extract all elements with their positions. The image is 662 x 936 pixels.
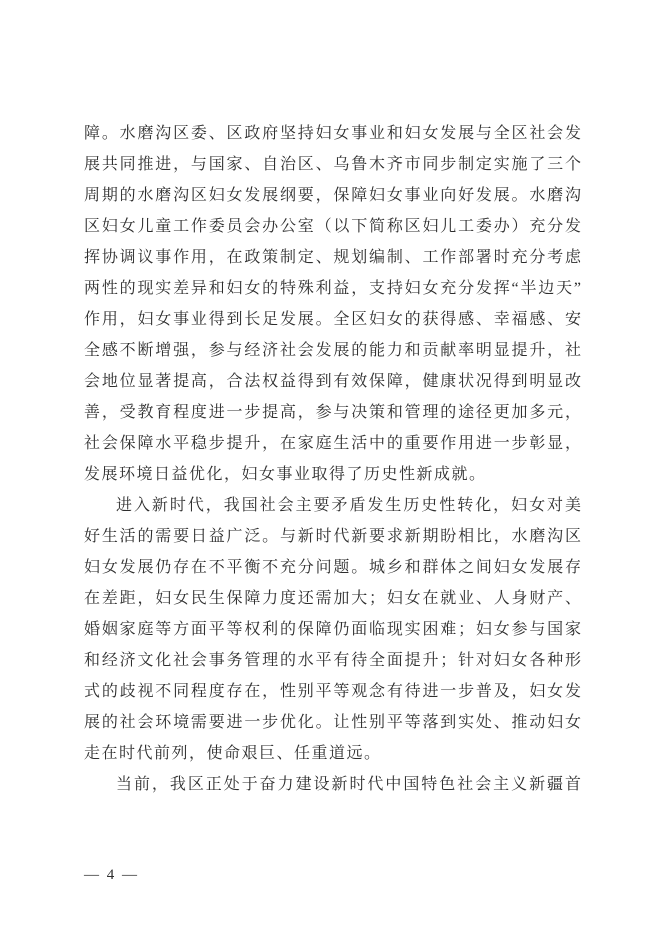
text-line: 式的歧视不同程度存在，性别平等观念有待进一步普及，妇女发 — [84, 676, 581, 707]
paragraph-p1: 障。水磨沟区委、区政府坚持妇女事业和妇女发展与全区社会发展共同推进，与国家、自治… — [84, 118, 581, 490]
page-number: — 4 — — [84, 867, 139, 883]
text-line: 区妇女儿童工作委员会办公室（以下简称区妇儿工委办）充分发 — [84, 211, 581, 242]
text-line: 当前，我区正处于奋力建设新时代中国特色社会主义新疆首 — [84, 769, 581, 800]
text-line: 善，受教育程度进一步提高，参与决策和管理的途径更加多元， — [84, 397, 581, 428]
text-line: 在差距，妇女民生保障力度还需加大；妇女在就业、人身财产、 — [84, 583, 581, 614]
text-line: 走在时代前列，使命艰巨、任重道远。 — [84, 738, 581, 769]
text-line: 作用，妇女事业得到长足发展。全区妇女的获得感、幸福感、安 — [84, 304, 581, 335]
text-line: 展的社会环境需要进一步优化。让性别平等落到实处、推动妇女 — [84, 707, 581, 738]
text-line: 展共同推进，与国家、自治区、乌鲁木齐市同步制定实施了三个 — [84, 149, 581, 180]
text-line: 发展环境日益优化，妇女事业取得了历史性新成就。 — [84, 459, 581, 490]
text-line: 挥协调议事作用，在政策制定、规划编制、工作部署时充分考虑 — [84, 242, 581, 273]
document-page: 障。水磨沟区委、区政府坚持妇女事业和妇女发展与全区社会发展共同推进，与国家、自治… — [0, 0, 662, 936]
text-line: 婚姻家庭等方面平等权利的保障仍面临现实困难；妇女参与国家 — [84, 614, 581, 645]
text-line: 好生活的需要日益广泛。与新时代新要求新期盼相比，水磨沟区 — [84, 521, 581, 552]
text-line: 会地位显著提高，合法权益得到有效保障，健康状况得到明显改 — [84, 366, 581, 397]
text-line: 障。水磨沟区委、区政府坚持妇女事业和妇女发展与全区社会发 — [84, 118, 581, 149]
paragraph-p3: 当前，我区正处于奋力建设新时代中国特色社会主义新疆首 — [84, 769, 581, 800]
paragraph-p2: 进入新时代，我国社会主要矛盾发生历史性转化，妇女对美好生活的需要日益广泛。与新时… — [84, 490, 581, 769]
page-footer: — 4 — — [84, 864, 139, 886]
text-line: 和经济文化社会事务管理的水平有待全面提升；针对妇女各种形 — [84, 645, 581, 676]
text-line: 社会保障水平稳步提升，在家庭生活中的重要作用进一步彰显， — [84, 428, 581, 459]
text-line: 全感不断增强，参与经济社会发展的能力和贡献率明显提升，社 — [84, 335, 581, 366]
text-line: 周期的水磨沟区妇女发展纲要，保障妇女事业向好发展。水磨沟 — [84, 180, 581, 211]
document-text-block: 障。水磨沟区委、区政府坚持妇女事业和妇女发展与全区社会发展共同推进，与国家、自治… — [84, 118, 581, 800]
text-line: 妇女发展仍存在不平衡不充分问题。城乡和群体之间妇女发展存 — [84, 552, 581, 583]
text-line: 两性的现实差异和妇女的特殊利益，支持妇女充分发挥“半边天” — [84, 273, 581, 304]
text-line: 进入新时代，我国社会主要矛盾发生历史性转化，妇女对美 — [84, 490, 581, 521]
